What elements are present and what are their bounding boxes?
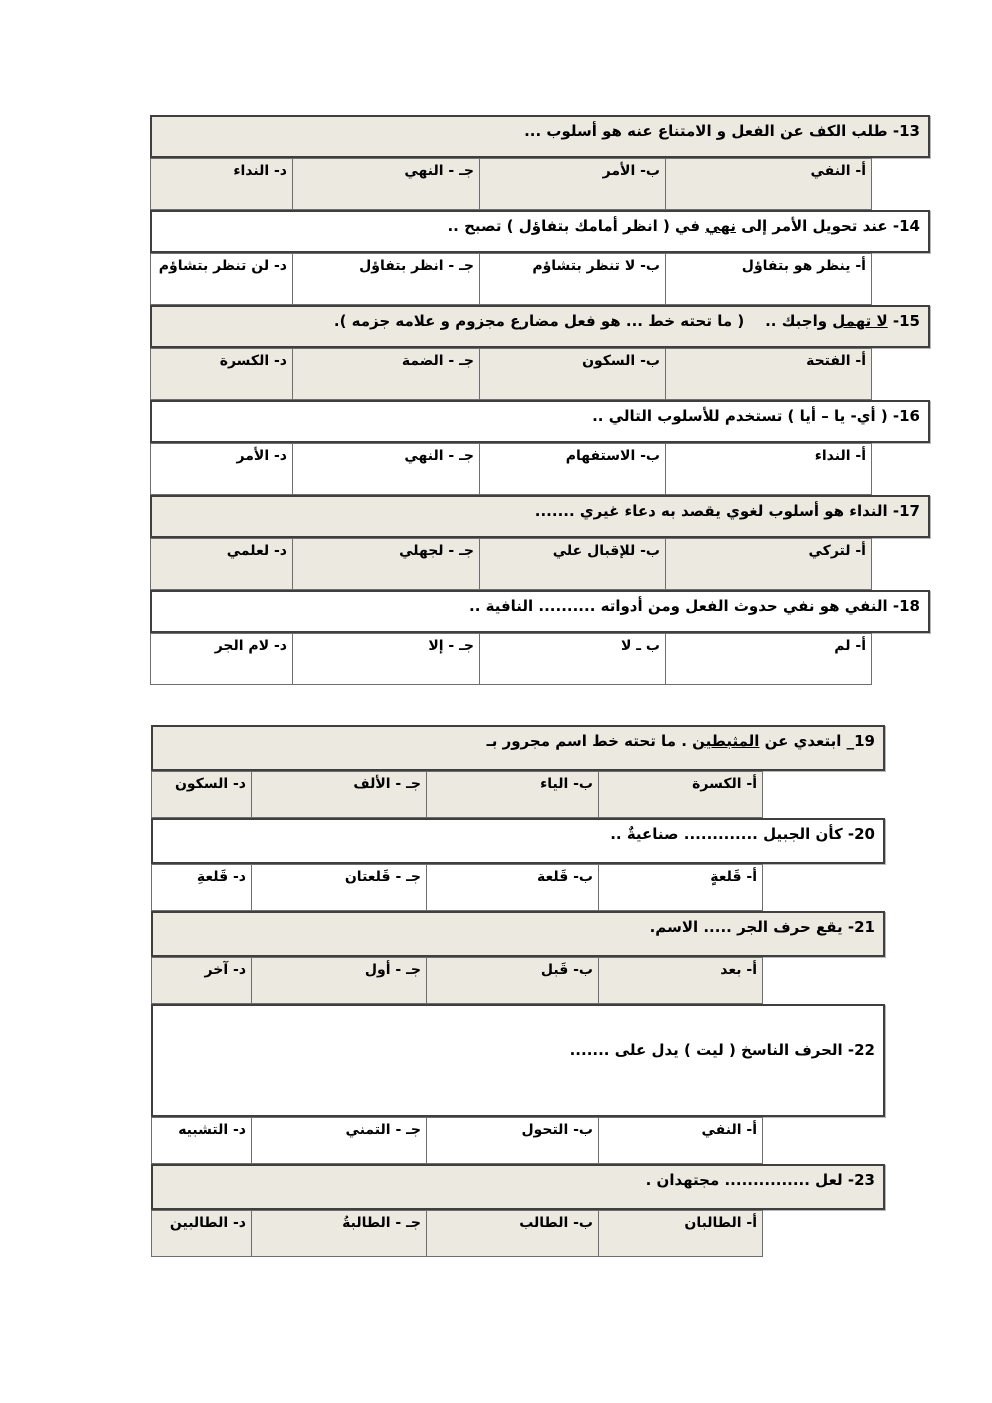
question-14-underline: نهي xyxy=(705,217,736,235)
question-13-options: أ- النفي ب- الأمر جـ - النهي د- النداء xyxy=(150,158,872,210)
option-14-a: أ- ينظر هو بتفاؤل xyxy=(665,253,872,305)
question-13-pre: 13- طلب الكف عن الفعل و الامتناع عنه هو … xyxy=(524,122,920,140)
option-20-b: ب- قَلعة xyxy=(426,864,598,911)
option-18-b: ب ـ لا xyxy=(479,633,665,685)
question-22-text: 22- الحرف الناسخ ( ليت ) يدل على ....... xyxy=(151,1004,885,1117)
option-13-b: ب- الأمر xyxy=(479,158,665,210)
option-20-c: جـ - قَلعتان xyxy=(251,864,426,911)
option-23-a: أ- الطالبان xyxy=(598,1210,763,1257)
option-16-d: د- الأمر xyxy=(150,443,292,495)
option-19-b: ب- الياء xyxy=(426,771,598,818)
question-19-text: 19_ ابتعدي عن المثبطين . ما تحته خط اسم … xyxy=(151,725,885,771)
option-22-c: جـ - التمني xyxy=(251,1117,426,1164)
question-15-text: 15- لا تهمل واجبك .. ( ما تحته خط ... هو… xyxy=(150,305,930,348)
option-18-a: أ- لم xyxy=(665,633,872,685)
option-21-a: أ- بعد xyxy=(598,957,763,1004)
option-18-c: جـ - إلا xyxy=(292,633,479,685)
option-22-b: ب- التحول xyxy=(426,1117,598,1164)
option-22-a: أ- النفي xyxy=(598,1117,763,1164)
question-23-options: أ- الطالبان ب- الطالب جـ - الطالبةُ د- ا… xyxy=(151,1210,763,1257)
question-18-options: أ- لم ب ـ لا جـ - إلا د- لام الجر xyxy=(150,633,872,685)
question-16-options: أ- النداء ب- الاستفهام جـ - النهي د- الأ… xyxy=(150,443,872,495)
question-19-pre: 19_ ابتعدي عن xyxy=(759,732,875,750)
question-17-text: 17- النداء هو أسلوب لغوي يقصد به دعاء غي… xyxy=(150,495,930,538)
option-23-b: ب- الطالب xyxy=(426,1210,598,1257)
question-23-text: 23- لعل ............... مجتهدان . xyxy=(151,1164,885,1210)
question-22-options: أ- النفي ب- التحول جـ - التمني د- التشبي… xyxy=(151,1117,763,1164)
option-13-c: جـ - النهي xyxy=(292,158,479,210)
question-block-2: 19_ ابتعدي عن المثبطين . ما تحته خط اسم … xyxy=(151,725,885,1257)
question-15-post: واجبك .. ( ما تحته خط ... هو فعل مضارع م… xyxy=(334,312,832,330)
question-19-options: أ- الكسرة ب- الياء جـ - الألف د- السكون xyxy=(151,771,763,818)
option-14-c: جـ - انظر بتفاؤل xyxy=(292,253,479,305)
option-23-c: جـ - الطالبةُ xyxy=(251,1210,426,1257)
option-20-d: د- قَلعةِ xyxy=(151,864,251,911)
question-13-text: 13- طلب الكف عن الفعل و الامتناع عنه هو … xyxy=(150,115,930,158)
option-13-a: أ- النفي xyxy=(665,158,872,210)
option-21-d: د- آخر xyxy=(151,957,251,1004)
question-20-text: 20- كأن الجبيل ............. صناعيةٌ .. xyxy=(151,818,885,864)
option-17-c: جـ - لجهلي xyxy=(292,538,479,590)
question-14-options: أ- ينظر هو بتفاؤل ب- لا تنظر بتشاؤم جـ -… xyxy=(150,253,872,305)
question-23-pre: 23- لعل ............... مجتهدان . xyxy=(646,1171,875,1189)
option-16-a: أ- النداء xyxy=(665,443,872,495)
question-22-pre: 22- الحرف الناسخ ( ليت ) يدل على ....... xyxy=(570,1041,875,1059)
question-15-options: أ- الفتحة ب- السكون جـ - الضمة د- الكسرة xyxy=(150,348,872,400)
question-21-pre: 21- يقع حرف الجر ..... الاسم. xyxy=(650,918,875,936)
question-16-text: 16- ( أي- يا – أيا ) تستخدم للأسلوب التا… xyxy=(150,400,930,443)
option-21-c: جـ - أول xyxy=(251,957,426,1004)
option-14-b: ب- لا تنظر بتشاؤم xyxy=(479,253,665,305)
option-19-d: د- السكون xyxy=(151,771,251,818)
option-14-d: د- لن تنظر بتشاؤم xyxy=(150,253,292,305)
option-15-d: د- الكسرة xyxy=(150,348,292,400)
question-16-pre: 16- ( أي- يا – أيا ) تستخدم للأسلوب التا… xyxy=(592,407,920,425)
option-17-d: د- لعلمي xyxy=(150,538,292,590)
option-22-d: د- التشبيه xyxy=(151,1117,251,1164)
question-17-pre: 17- النداء هو أسلوب لغوي يقصد به دعاء غي… xyxy=(535,502,920,520)
option-23-d: د- الطالبين xyxy=(151,1210,251,1257)
question-19-underline: المثبطين xyxy=(692,732,759,750)
question-14-post: في ( انظر أمامك بتفاؤل ) تصبح .. xyxy=(447,217,705,235)
option-17-b: ب- للإقبال علي xyxy=(479,538,665,590)
question-17-options: أ- لتركي ب- للإقبال علي جـ - لجهلي د- لع… xyxy=(150,538,872,590)
question-18-text: 18- النفي هو نفي حدوث الفعل ومن أدواته .… xyxy=(150,590,930,633)
option-18-d: د- لام الجر xyxy=(150,633,292,685)
question-20-pre: 20- كأن الجبيل ............. صناعيةٌ .. xyxy=(610,825,875,843)
option-19-a: أ- الكسرة xyxy=(598,771,763,818)
question-21-options: أ- بعد ب- قَبل جـ - أول د- آخر xyxy=(151,957,763,1004)
option-21-b: ب- قَبل xyxy=(426,957,598,1004)
exam-sheet: { "document": { "language": "ar", "type"… xyxy=(0,0,992,1403)
question-21-text: 21- يقع حرف الجر ..... الاسم. xyxy=(151,911,885,957)
question-20-options: أ- قَلعةٍ ب- قَلعة جـ - قَلعتان د- قَلعة… xyxy=(151,864,763,911)
question-19-post: . ما تحته خط اسم مجرور بـ xyxy=(487,732,693,750)
question-18-pre: 18- النفي هو نفي حدوث الفعل ومن أدواته .… xyxy=(469,597,920,615)
option-15-b: ب- السكون xyxy=(479,348,665,400)
option-15-c: جـ - الضمة xyxy=(292,348,479,400)
question-15-underline: لا تهمل xyxy=(832,312,887,330)
option-17-a: أ- لتركي xyxy=(665,538,872,590)
option-16-b: ب- الاستفهام xyxy=(479,443,665,495)
option-20-a: أ- قَلعةٍ xyxy=(598,864,763,911)
option-19-c: جـ - الألف xyxy=(251,771,426,818)
question-14-text: 14- عند تحويل الأمر إلى نهي في ( انظر أم… xyxy=(150,210,930,253)
option-13-d: د- النداء xyxy=(150,158,292,210)
question-block-1: 13- طلب الكف عن الفعل و الامتناع عنه هو … xyxy=(150,115,930,685)
question-15-pre: 15- xyxy=(888,312,920,330)
option-15-a: أ- الفتحة xyxy=(665,348,872,400)
question-14-pre: 14- عند تحويل الأمر إلى xyxy=(736,217,920,235)
option-16-c: جـ - النهي xyxy=(292,443,479,495)
